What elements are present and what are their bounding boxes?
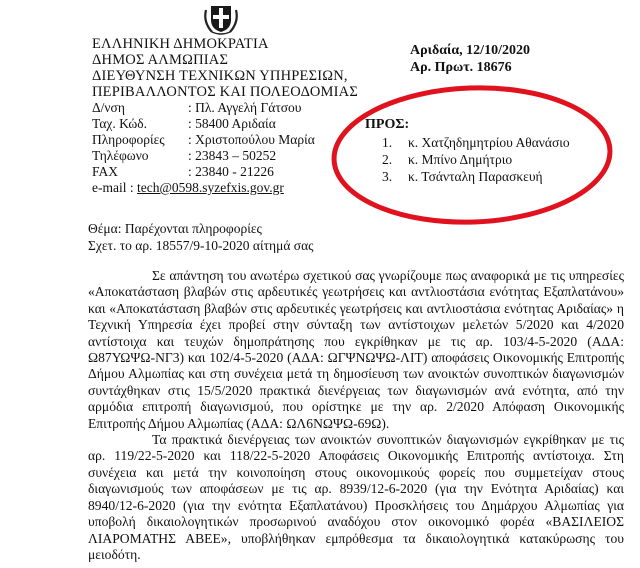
contact-value: : 58400 Αριδαία: [188, 116, 276, 132]
contact-phone: Τηλέφωνο: 23843 – 50252: [92, 148, 276, 164]
contact-label: Ταχ. Κώδ.: [92, 116, 188, 132]
contact-value: : 23840 - 21226: [188, 164, 274, 180]
contact-label: Πληροφορίες: [92, 132, 188, 148]
body-paragraph: Σε απάντηση του ανωτέρω σχετικού σας γνω…: [88, 268, 624, 432]
greek-coat-of-arms-icon: [200, 2, 242, 36]
contact-value: : 23843 – 50252: [188, 148, 276, 164]
recipient-item: 2.κ. Μπίνο Δημήτριο: [382, 152, 512, 168]
recipient-number: 2.: [382, 152, 408, 168]
contact-email: e-mail : tech@0598.syzefxis.gov.gr: [92, 180, 284, 196]
email-link[interactable]: tech@0598.syzefxis.gov.gr: [137, 180, 284, 195]
contact-label: FAX: [92, 164, 188, 180]
contact-fax: FAX: 23840 - 21226: [92, 164, 274, 180]
contact-info: Πληροφορίες: Χριστοπούλου Μαρία: [92, 132, 315, 148]
email-label: e-mail :: [92, 180, 134, 195]
recipient-name: κ. Τσάνταλη Παρασκευή: [408, 169, 543, 184]
contact-label: Δ/νση: [92, 100, 188, 116]
contact-label: Τηλέφωνο: [92, 148, 188, 164]
header-directorate: ΔΙΕΥΘΥΝΣΗ ΤΕΧΝΙΚΩΝ ΥΠΗΡΕΣΙΩΝ,: [92, 68, 348, 84]
reference-line: Σχετ. το αρ. 18557/9-10-2020 αίτημά σας: [88, 238, 314, 254]
recipient-item: 3.κ. Τσάνταλη Παρασκευή: [382, 169, 543, 185]
recipient-number: 1.: [382, 135, 408, 151]
recipients-title: ΠΡΟΣ:: [365, 117, 409, 133]
document-page: ΕΛΛΗΝΙΚΗ ΔΗΜΟΚΡΑΤΙΑ ΔΗΜΟΣ ΑΛΜΩΠΙΑΣ ΔΙΕΥΘ…: [0, 0, 640, 568]
protocol-number: Αρ. Πρωτ. 18676: [410, 60, 512, 76]
recipient-name: κ. Χατζηδημητρίου Αθανάσιο: [408, 135, 570, 150]
contact-value: : Χριστοπούλου Μαρία: [188, 132, 315, 148]
recipient-item: 1.κ. Χατζηδημητρίου Αθανάσιο: [382, 135, 570, 151]
subject-line: Θέμα: Παρέχονται πληροφορίες: [88, 221, 262, 237]
contact-value: : Πλ. Αγγελή Γάτσου: [188, 100, 302, 116]
body-paragraph: Τα πρακτικά διενέργειας των ανοικτών συν…: [88, 432, 624, 563]
header-department: ΠΕΡΙΒΑΛΛΟΝΤΟΣ ΚΑΙ ΠΟΛΕΟΔΟΜΙΑΣ: [92, 84, 358, 100]
contact-postcode: Ταχ. Κώδ.: 58400 Αριδαία: [92, 116, 276, 132]
header-municipality: ΔΗΜΟΣ ΑΛΜΩΠΙΑΣ: [92, 52, 228, 68]
header-country: ΕΛΛΗΝΙΚΗ ΔΗΜΟΚΡΑΤΙΑ: [92, 36, 269, 52]
contact-address: Δ/νση: Πλ. Αγγελή Γάτσου: [92, 100, 302, 116]
recipient-number: 3.: [382, 169, 408, 185]
letter-body: Σε απάντηση του ανωτέρω σχετικού σας γνω…: [88, 268, 624, 563]
recipient-name: κ. Μπίνο Δημήτριο: [408, 152, 512, 167]
place-date: Αριδαία, 12/10/2020: [410, 43, 530, 59]
